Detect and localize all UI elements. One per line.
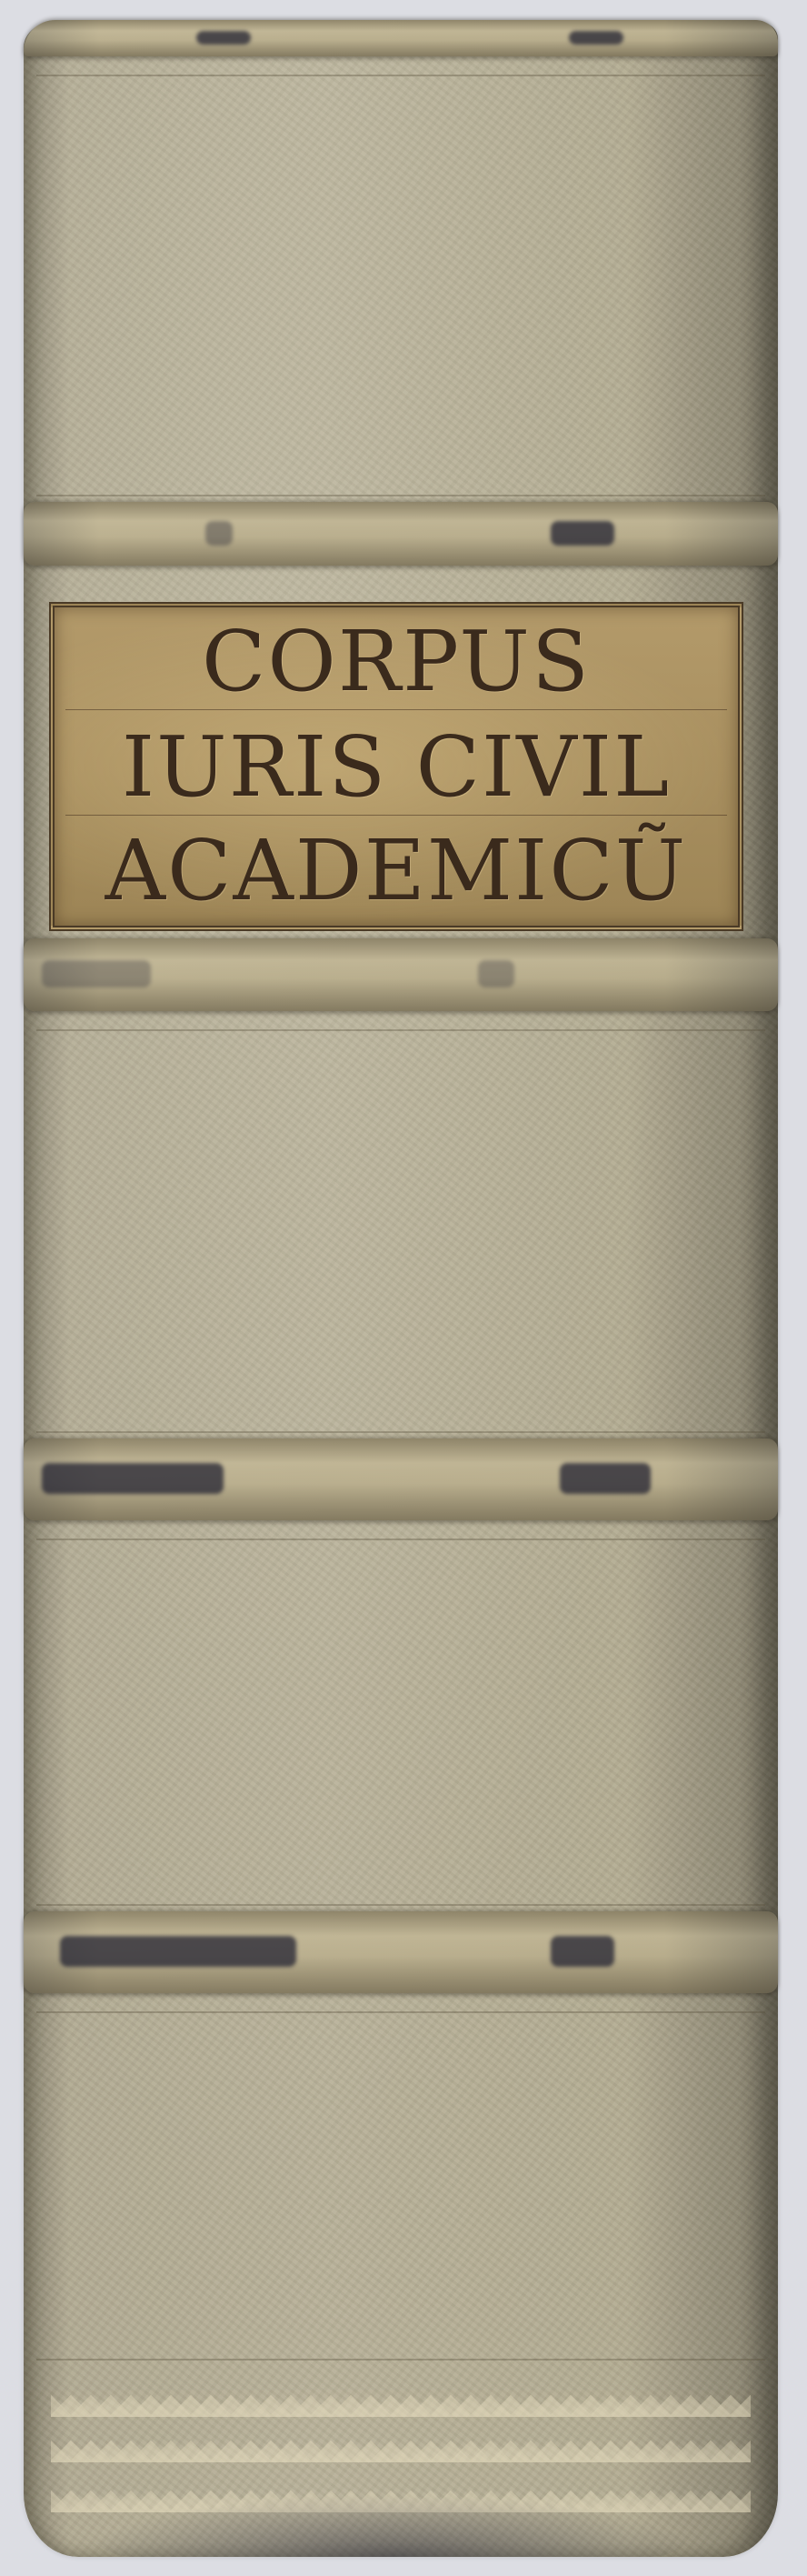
book-spine: CORPUS IURIS CIVIL ACADEMICŨ [24,20,778,2557]
raised-band-1 [24,502,778,566]
tooled-border-2 [51,2439,751,2462]
band-wear-mark [205,521,233,546]
band-wear-mark [569,31,623,45]
spine-title-label: CORPUS IURIS CIVIL ACADEMICŨ [49,602,743,931]
raised-band-top [24,20,778,56]
band-wear-mark [60,1936,296,1967]
band-wear-mark [478,960,514,987]
spine-panel-3 [36,1539,765,1906]
raised-band-2 [24,938,778,1011]
band-wear-mark [551,521,614,546]
band-wear-mark [196,31,251,45]
raised-band-4 [24,1911,778,1993]
label-line-1: CORPUS [55,620,738,704]
band-wear-mark [551,1936,614,1967]
label-line-2: IURIS CIVIL [55,726,738,809]
spine-panel-4 [36,2011,765,2360]
tooled-border-1 [51,2393,751,2417]
band-wear-mark [560,1463,651,1494]
spine-panel-2 [36,1029,765,1433]
band-wear-mark [42,960,151,987]
raised-band-3 [24,1438,778,1520]
label-line-3: ACADEMICŨ [55,829,738,913]
spine-panel-1 [36,75,765,496]
worn-bottom-edge [78,2493,705,2557]
band-wear-mark [42,1463,224,1494]
